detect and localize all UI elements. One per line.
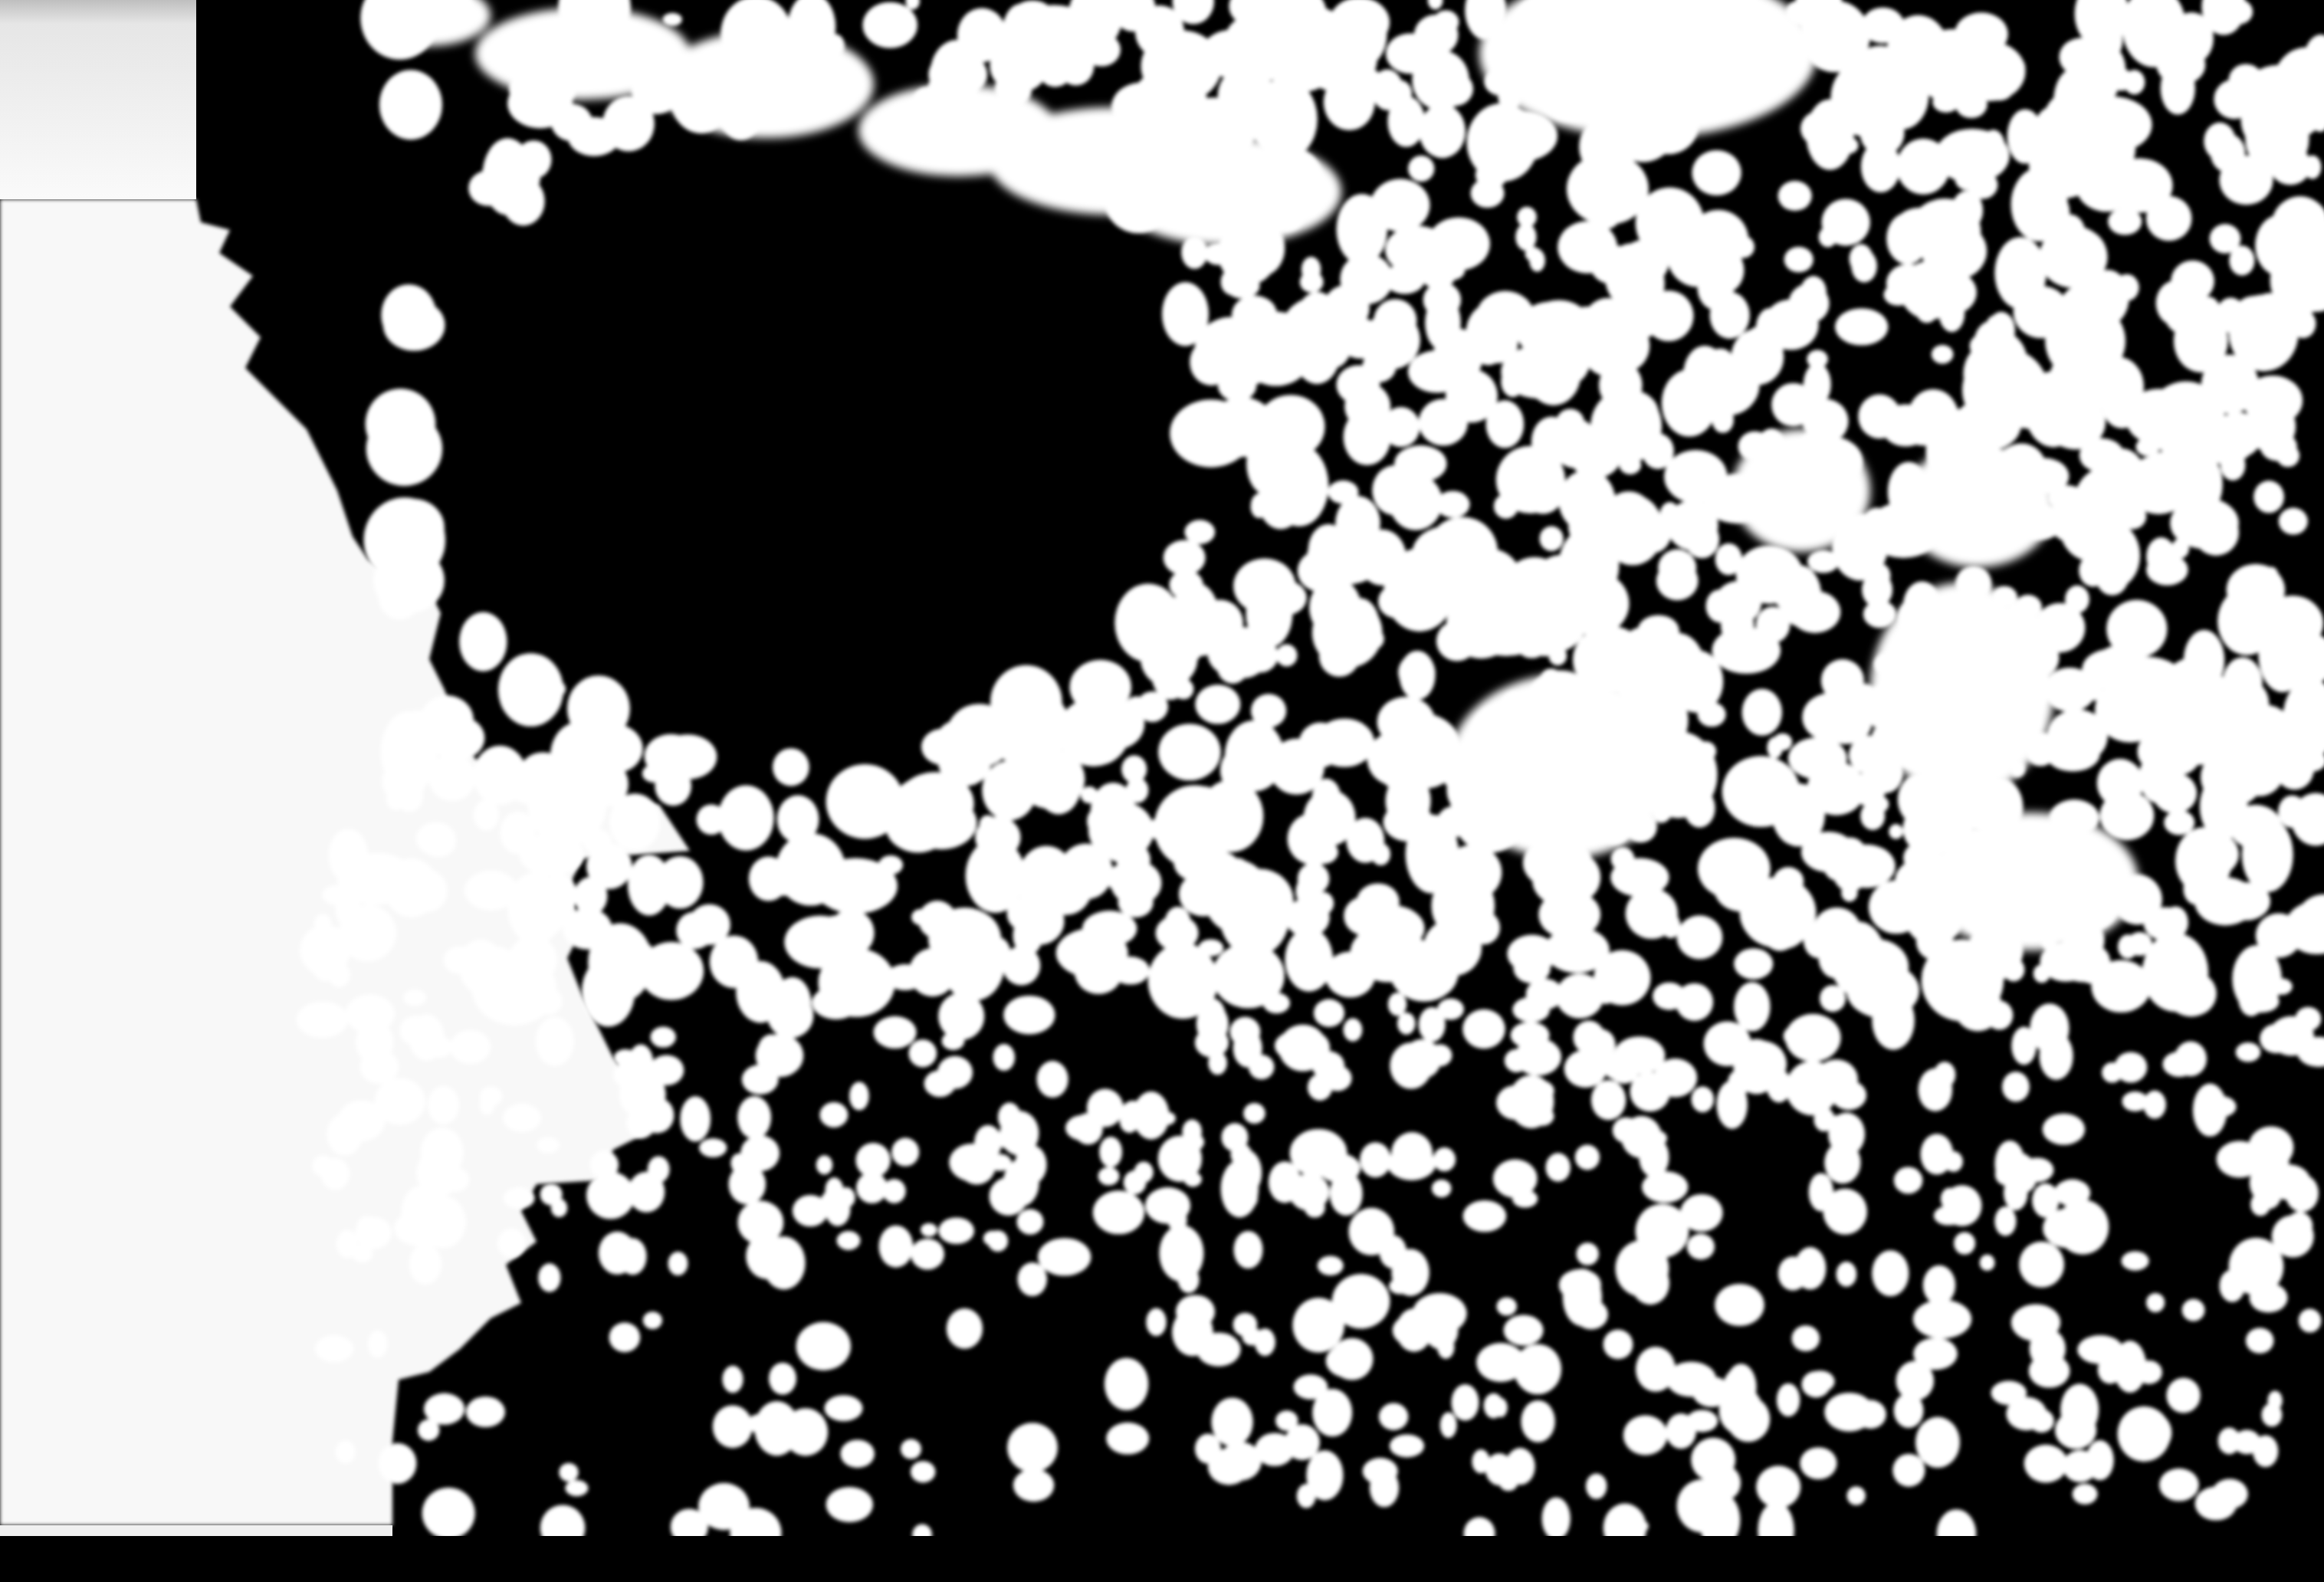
cumulus-cloud bbox=[1892, 1454, 1925, 1487]
cumulus-cloud bbox=[1521, 1400, 1554, 1443]
cumulus-cloud bbox=[1546, 1153, 1571, 1182]
cumulus-cloud bbox=[1484, 1393, 1504, 1419]
cumulus-cloud bbox=[812, 986, 860, 1019]
cumulus-cloud bbox=[337, 853, 415, 905]
cumulus-cloud bbox=[314, 914, 331, 931]
cumulus-cloud bbox=[1444, 815, 1466, 834]
cumulus-cloud bbox=[2214, 718, 2264, 776]
cumulus-cloud bbox=[1435, 71, 1473, 106]
cumulus-cloud bbox=[1847, 1486, 1866, 1505]
cumulus-cloud bbox=[1135, 5, 1184, 57]
cumulus-cloud bbox=[1896, 208, 1942, 241]
cumulus-cloud bbox=[533, 776, 596, 841]
cumulus-cloud bbox=[504, 1187, 535, 1209]
cumulus-cloud bbox=[763, 1236, 806, 1289]
cumulus-cloud bbox=[1318, 1256, 1344, 1275]
cumulus-cloud bbox=[1666, 1413, 1696, 1449]
cumulus-cloud bbox=[538, 1263, 560, 1292]
cumulus-cloud bbox=[1941, 1188, 1958, 1210]
cumulus-cloud bbox=[1505, 1049, 1529, 1072]
cumulus-cloud bbox=[510, 674, 545, 710]
cumulus-cloud bbox=[826, 1487, 873, 1522]
cumulus-cloud bbox=[2244, 990, 2280, 1013]
cumulus-cloud bbox=[796, 1322, 852, 1370]
cumulus-cloud bbox=[2086, 1440, 2114, 1480]
cumulus-cloud bbox=[1204, 243, 1233, 265]
cumulus-cloud bbox=[1677, 1479, 1729, 1533]
cumulus-cloud bbox=[1924, 271, 1977, 315]
cumulus-cloud bbox=[1364, 311, 1420, 369]
cumulus-cloud bbox=[737, 1096, 771, 1139]
cumulus-cloud bbox=[1861, 8, 1904, 44]
cumulus-cloud bbox=[1469, 911, 1500, 945]
cumulus-cloud bbox=[466, 1397, 505, 1427]
cumulus-cloud bbox=[1822, 199, 1870, 246]
cumulus-cloud bbox=[2204, 123, 2235, 160]
cumulus-cloud bbox=[1987, 316, 2001, 332]
cumulus-cloud bbox=[1300, 271, 1324, 293]
cumulus-cloud bbox=[1003, 946, 1041, 985]
cumulus-cloud bbox=[2065, 586, 2089, 613]
cumulus-cloud bbox=[1980, 1255, 1995, 1271]
cumulus-cloud bbox=[321, 1158, 350, 1190]
cumulus-cloud bbox=[2214, 80, 2254, 120]
cumulus-cloud bbox=[2076, 157, 2137, 212]
cumulus-cloud bbox=[1613, 1118, 1640, 1144]
cumulus-cloud bbox=[1281, 1029, 1315, 1054]
cumulus-cloud bbox=[497, 1229, 525, 1258]
cumulus-cloud bbox=[2253, 1435, 2278, 1467]
cumulus-cloud bbox=[629, 801, 652, 827]
cumulus-cloud bbox=[1756, 1465, 1800, 1508]
cumulus-cloud bbox=[1425, 295, 1461, 351]
cumulus-cloud bbox=[1515, 223, 1536, 251]
cumulus-cloud bbox=[1295, 875, 1322, 908]
cumulus-cloud bbox=[756, 1034, 804, 1077]
cumulus-cloud bbox=[1117, 843, 1151, 877]
cumulus-cloud bbox=[1299, 28, 1377, 91]
cumulus-cloud bbox=[2211, 1479, 2247, 1509]
cumulus-cloud bbox=[1124, 596, 1197, 655]
cumulus-cloud bbox=[1806, 100, 1853, 170]
cumulus-cloud bbox=[856, 1172, 888, 1203]
cumulus-cloud bbox=[911, 1461, 935, 1482]
cumulus-cloud bbox=[403, 990, 426, 1006]
cumulus-cloud bbox=[468, 170, 509, 206]
cumulus-cloud bbox=[383, 300, 445, 351]
cumulus-cloud bbox=[1370, 179, 1430, 231]
cumulus-cloud bbox=[1576, 250, 1594, 271]
cumulus-cloud bbox=[713, 1405, 753, 1448]
cumulus-cloud bbox=[1642, 1171, 1688, 1203]
cumulus-cloud bbox=[722, 1366, 743, 1393]
cumulus-cloud bbox=[1574, 307, 1600, 323]
cumulus-cloud bbox=[1837, 1262, 1857, 1287]
cumulus-cloud bbox=[2242, 817, 2293, 892]
cumulus-cloud bbox=[2125, 0, 2168, 59]
cumulus-cloud bbox=[990, 665, 1062, 740]
cumulus-cloud bbox=[1319, 635, 1360, 677]
cumulus-cloud bbox=[2019, 1242, 2064, 1288]
cumulus-cloud bbox=[1685, 520, 1719, 559]
cumulus-cloud bbox=[1586, 1473, 1607, 1498]
cumulus-cloud bbox=[2050, 346, 2119, 414]
cumulus-cloud bbox=[2174, 310, 2228, 373]
cumulus-cloud bbox=[658, 734, 717, 780]
cumulus-cloud bbox=[826, 764, 904, 839]
cumulus-cloud bbox=[651, 1027, 676, 1048]
cumulus-cloud bbox=[1134, 1162, 1154, 1183]
cumulus-cloud bbox=[2196, 885, 2227, 909]
cumulus-cloud bbox=[1841, 884, 1857, 902]
cumulus-cloud bbox=[1727, 1397, 1771, 1442]
cumulus-cloud bbox=[1577, 1242, 1599, 1265]
cumulus-cloud bbox=[1692, 150, 1741, 195]
cumulus-cloud bbox=[2003, 1165, 2037, 1194]
cumulus-cloud bbox=[680, 1096, 711, 1141]
cumulus-cloud bbox=[1118, 887, 1154, 917]
cumulus-cloud bbox=[1003, 996, 1055, 1035]
cumulus-cloud bbox=[1000, 1111, 1039, 1155]
cumulus-cloud bbox=[1788, 284, 1829, 323]
cumulus-cloud bbox=[1298, 722, 1342, 767]
cumulus-cloud bbox=[2054, 144, 2068, 161]
cumulus-cloud bbox=[663, 13, 682, 26]
cumulus-cloud bbox=[2146, 554, 2188, 586]
cumulus-cloud bbox=[619, 1238, 646, 1275]
cumulus-cloud bbox=[1344, 1019, 1363, 1042]
cumulus-cloud bbox=[1851, 250, 1877, 283]
cumulus-cloud bbox=[1777, 1383, 1800, 1416]
cumulus-cloud bbox=[1146, 1308, 1166, 1336]
cumulus-cloud bbox=[1860, 802, 1885, 830]
cumulus-cloud bbox=[1250, 1330, 1265, 1344]
cumulus-cloud bbox=[1196, 1003, 1229, 1044]
cumulus-cloud bbox=[1184, 1134, 1204, 1151]
cumulus-cloud bbox=[1843, 323, 1860, 344]
cumulus-cloud bbox=[2221, 450, 2246, 481]
cumulus-cloud bbox=[1466, 304, 1511, 366]
cumulus-cloud bbox=[1276, 644, 1298, 666]
cumulus-cloud bbox=[609, 1322, 641, 1352]
cumulus-cloud bbox=[1282, 297, 1352, 360]
cumulus-cloud bbox=[921, 1223, 937, 1237]
cumulus-cloud bbox=[356, 1216, 378, 1242]
cumulus-cloud bbox=[1628, 1426, 1644, 1445]
cumulus-cloud bbox=[1234, 1231, 1263, 1269]
cumulus-cloud bbox=[1984, 75, 2014, 100]
cumulus-cloud bbox=[1837, 137, 1858, 154]
cumulus-cloud bbox=[2276, 445, 2299, 467]
cumulus-cloud bbox=[1994, 237, 2046, 309]
cumulus-cloud bbox=[777, 796, 819, 844]
cumulus-cloud bbox=[1275, 1410, 1298, 1431]
cumulus-cloud bbox=[676, 911, 714, 949]
cumulus-cloud bbox=[1540, 527, 1564, 551]
cumulus-cloud bbox=[2279, 508, 2308, 535]
cumulus-cloud bbox=[1889, 824, 1903, 839]
cumulus-cloud bbox=[1603, 1330, 1633, 1360]
cumulus-cloud bbox=[886, 964, 925, 990]
cumulus-cloud bbox=[1687, 1234, 1715, 1260]
cumulus-cloud bbox=[1785, 1014, 1841, 1062]
cumulus-cloud bbox=[1871, 564, 1890, 588]
cumulus-cloud bbox=[1013, 1469, 1054, 1502]
cumulus-cloud bbox=[565, 1480, 588, 1496]
cumulus-cloud bbox=[1386, 34, 1435, 74]
cumulus-cloud bbox=[1179, 872, 1228, 917]
cumulus-cloud bbox=[590, 1150, 619, 1180]
cumulus-cloud bbox=[819, 1102, 848, 1127]
cumulus-cloud bbox=[1190, 339, 1233, 386]
bottom-strip bbox=[0, 1536, 2324, 1582]
cumulus-cloud bbox=[1734, 948, 1773, 979]
cumulus-cloud bbox=[1305, 853, 1324, 867]
cumulus-cloud bbox=[1007, 1423, 1058, 1472]
cumulus-cloud bbox=[1357, 905, 1425, 951]
cumulus-cloud bbox=[1615, 1240, 1669, 1297]
cumulus-cloud bbox=[1344, 409, 1391, 465]
cumulus-cloud bbox=[1575, 1144, 1600, 1170]
cumulus-cloud bbox=[2125, 1411, 2171, 1455]
cumulus-cloud bbox=[1530, 628, 1560, 656]
cumulus-cloud bbox=[879, 1226, 914, 1268]
cumulus-cloud bbox=[1371, 843, 1390, 865]
cumulus-cloud bbox=[1777, 565, 1821, 626]
cumulus-cloud bbox=[1298, 550, 1343, 592]
cumulus-cloud bbox=[1504, 1315, 1544, 1346]
cumulus-cloud bbox=[1757, 895, 1810, 949]
cumulus-cloud bbox=[1913, 1337, 1958, 1370]
cumulus-cloud bbox=[1294, 478, 1310, 494]
cumulus-cloud bbox=[537, 1137, 560, 1154]
cumulus-cloud bbox=[1137, 691, 1168, 722]
cumulus-cloud bbox=[2250, 1141, 2290, 1180]
cumulus-cloud bbox=[1098, 1167, 1120, 1186]
cumulus-cloud bbox=[352, 1244, 373, 1262]
cumulus-cloud bbox=[1403, 671, 1419, 690]
cumulus-cloud bbox=[2002, 1072, 2030, 1101]
cumulus-cloud bbox=[2229, 246, 2254, 276]
cumulus-cloud bbox=[507, 872, 563, 945]
cumulus-cloud bbox=[2056, 941, 2111, 983]
cumulus-cloud bbox=[1710, 292, 1750, 339]
cumulus-cloud bbox=[626, 1108, 655, 1139]
cumulus-cloud bbox=[2204, 1096, 2236, 1118]
cumulus-cloud bbox=[747, 1414, 770, 1433]
cumulus-cloud bbox=[1419, 399, 1468, 446]
cumulus-cloud bbox=[450, 1030, 491, 1064]
cumulus-cloud bbox=[400, 1016, 431, 1045]
cumulus-cloud bbox=[1178, 1267, 1200, 1293]
cumulus-cloud bbox=[2073, 1484, 2098, 1505]
cumulus-cloud bbox=[2262, 1403, 2283, 1427]
cumulus-cloud bbox=[1437, 999, 1464, 1020]
cumulus-cloud bbox=[1399, 238, 1429, 271]
cumulus-cloud bbox=[1573, 1021, 1604, 1055]
cumulus-cloud bbox=[1379, 1403, 1408, 1430]
cumulus-cloud bbox=[1932, 345, 1954, 364]
cumulus-cloud bbox=[1806, 1370, 1835, 1392]
cumulus-cloud bbox=[1372, 465, 1418, 516]
cumulus-cloud bbox=[327, 1114, 363, 1156]
cumulus-cloud bbox=[1783, 324, 1810, 348]
cumulus-cloud bbox=[1121, 755, 1147, 783]
cumulus-cloud bbox=[643, 1311, 662, 1329]
cumulus-cloud bbox=[2182, 1299, 2205, 1321]
cumulus-cloud bbox=[2254, 1183, 2281, 1209]
cumulus-cloud bbox=[1452, 1384, 1479, 1421]
cumulus-cloud bbox=[2054, 1180, 2090, 1206]
cumulus-cloud bbox=[1801, 832, 1856, 872]
cumulus-cloud bbox=[1326, 1344, 1371, 1378]
cumulus-cloud bbox=[947, 1308, 983, 1349]
cumulus-cloud bbox=[937, 1056, 973, 1089]
cumulus-cloud bbox=[1840, 1124, 1854, 1139]
cumulus-cloud bbox=[862, 2, 917, 48]
cumulus-cloud bbox=[1444, 607, 1512, 656]
cumulus-cloud bbox=[825, 1395, 863, 1421]
cumulus-cloud bbox=[1861, 141, 1900, 192]
cumulus-cloud bbox=[2143, 1091, 2166, 1119]
cumulus-cloud bbox=[1198, 940, 1223, 957]
cumulus-cloud bbox=[1602, 391, 1641, 429]
cumulus-cloud bbox=[1734, 982, 1770, 1031]
cumulus-cloud bbox=[2236, 1042, 2261, 1062]
cumulus-cloud bbox=[2253, 481, 2284, 513]
cumulus-cloud bbox=[1542, 1497, 1571, 1540]
cumulus-cloud bbox=[1807, 350, 1828, 368]
cumulus-cloud bbox=[909, 1039, 937, 1067]
cumulus-cloud bbox=[769, 871, 798, 896]
cumulus-cloud bbox=[2011, 1304, 2060, 1341]
cumulus-cloud bbox=[878, 855, 903, 875]
cumulus-cloud bbox=[1497, 1297, 1517, 1315]
cumulus-cloud bbox=[1408, 156, 1434, 182]
cumulus-cloud bbox=[1463, 1200, 1507, 1232]
cumulus-cloud bbox=[394, 1210, 449, 1247]
cumulus-cloud bbox=[1229, 253, 1256, 281]
cumulus-cloud bbox=[1292, 1298, 1344, 1353]
cumulus-cloud bbox=[2202, 505, 2221, 523]
cumulus-cloud bbox=[1788, 737, 1847, 780]
cumulus-cloud bbox=[2270, 413, 2286, 431]
cumulus-cloud bbox=[1289, 1173, 1330, 1211]
cumulus-cloud bbox=[1855, 1400, 1886, 1429]
cumulus-cloud bbox=[668, 1252, 688, 1275]
cumulus-cloud bbox=[2118, 934, 2138, 959]
cumulus-cloud bbox=[1512, 1190, 1538, 1207]
cumulus-cloud bbox=[428, 1086, 459, 1125]
cumulus-cloud bbox=[409, 1244, 441, 1285]
cumulus-cloud bbox=[602, 96, 655, 151]
cumulus-cloud bbox=[2011, 1027, 2037, 1065]
cumulus-cloud bbox=[2229, 294, 2299, 371]
cumulus-cloud bbox=[1722, 756, 1800, 827]
cumulus-cloud bbox=[1157, 1111, 1176, 1125]
cumulus-cloud bbox=[1771, 383, 1815, 427]
cumulus-cloud bbox=[1921, 1134, 1954, 1174]
cumulus-cloud bbox=[1391, 1132, 1433, 1175]
cumulus-cloud bbox=[2032, 1183, 2059, 1218]
cumulus-cloud bbox=[583, 829, 612, 854]
cumulus-cloud bbox=[816, 1155, 832, 1174]
cumulus-cloud bbox=[1106, 1423, 1149, 1455]
cumulus-cloud bbox=[2138, 734, 2170, 769]
cumulus-cloud bbox=[1830, 921, 1886, 996]
cumulus-cloud bbox=[1437, 1336, 1454, 1359]
cumulus-cloud bbox=[2082, 649, 2140, 691]
cumulus-cloud bbox=[1824, 1142, 1860, 1184]
cumulus-cloud bbox=[1037, 1061, 1068, 1098]
cumulus-cloud bbox=[674, 977, 690, 993]
cumulus-cloud bbox=[559, 1463, 578, 1482]
cumulus-cloud bbox=[1017, 1209, 1044, 1235]
cumulus-cloud bbox=[2271, 978, 2293, 994]
cumulus-cloud bbox=[507, 997, 526, 1018]
cumulus-cloud bbox=[2089, 514, 2132, 565]
cumulus-cloud bbox=[1591, 1080, 1626, 1120]
cumulus-cloud bbox=[1569, 600, 1588, 625]
cumulus-cloud bbox=[2296, 1007, 2322, 1031]
cumulus-cloud bbox=[1222, 1123, 1249, 1151]
cumulus-cloud bbox=[1003, 1159, 1039, 1206]
cumulus-cloud bbox=[1124, 784, 1144, 803]
cumulus-cloud bbox=[1934, 1062, 1955, 1088]
cumulus-cloud bbox=[737, 1201, 783, 1245]
cumulus-cloud bbox=[2029, 1409, 2054, 1433]
cumulus-cloud bbox=[1923, 1265, 1955, 1305]
cumulus-cloud bbox=[1371, 70, 1403, 110]
cumulus-cloud bbox=[2286, 1212, 2313, 1240]
cumulus-cloud bbox=[1219, 1442, 1262, 1480]
cumulus-cloud bbox=[480, 1095, 495, 1115]
cumulus-cloud bbox=[1093, 1190, 1145, 1234]
cumulus-cloud bbox=[550, 681, 566, 697]
cumulus-cloud bbox=[1164, 540, 1206, 576]
cumulus-cloud bbox=[2217, 587, 2276, 655]
cumulus-cloud bbox=[937, 720, 980, 757]
cumulus-cloud bbox=[1501, 366, 1524, 397]
cumulus-cloud bbox=[2029, 1354, 2070, 1388]
cumulus-cloud bbox=[315, 1335, 353, 1362]
cumulus-cloud bbox=[2146, 1293, 2165, 1312]
cumulus-cloud bbox=[1391, 1249, 1429, 1296]
cumulus-cloud bbox=[336, 1441, 356, 1464]
cumulus-cloud bbox=[2170, 12, 2214, 64]
cumulus-cloud bbox=[1496, 446, 1565, 514]
cumulus-cloud bbox=[613, 1062, 641, 1088]
cumulus-cloud bbox=[1403, 1039, 1441, 1078]
cumulus-cloud bbox=[657, 856, 703, 909]
cumulus-cloud bbox=[1306, 1450, 1343, 1500]
cumulus-cloud bbox=[424, 1393, 464, 1425]
cumulus-cloud bbox=[1894, 1167, 1923, 1194]
cumulus-cloud bbox=[1642, 433, 1674, 469]
cumulus-cloud bbox=[2152, 773, 2197, 813]
cumulus-cloud bbox=[988, 1230, 1009, 1252]
cumulus-cloud bbox=[966, 839, 1026, 913]
cumulus-cloud bbox=[536, 1017, 574, 1066]
cumulus-cloud bbox=[1077, 937, 1122, 993]
cumulus-cloud bbox=[1370, 1469, 1399, 1507]
cumulus-cloud bbox=[1168, 1208, 1187, 1232]
cumulus-cloud bbox=[1611, 290, 1665, 339]
cumulus-cloud bbox=[1505, 1448, 1535, 1485]
cumulus-cloud bbox=[1913, 1300, 1972, 1339]
cumulus-cloud bbox=[421, 1127, 464, 1178]
cumulus-cloud bbox=[2159, 1469, 2199, 1502]
